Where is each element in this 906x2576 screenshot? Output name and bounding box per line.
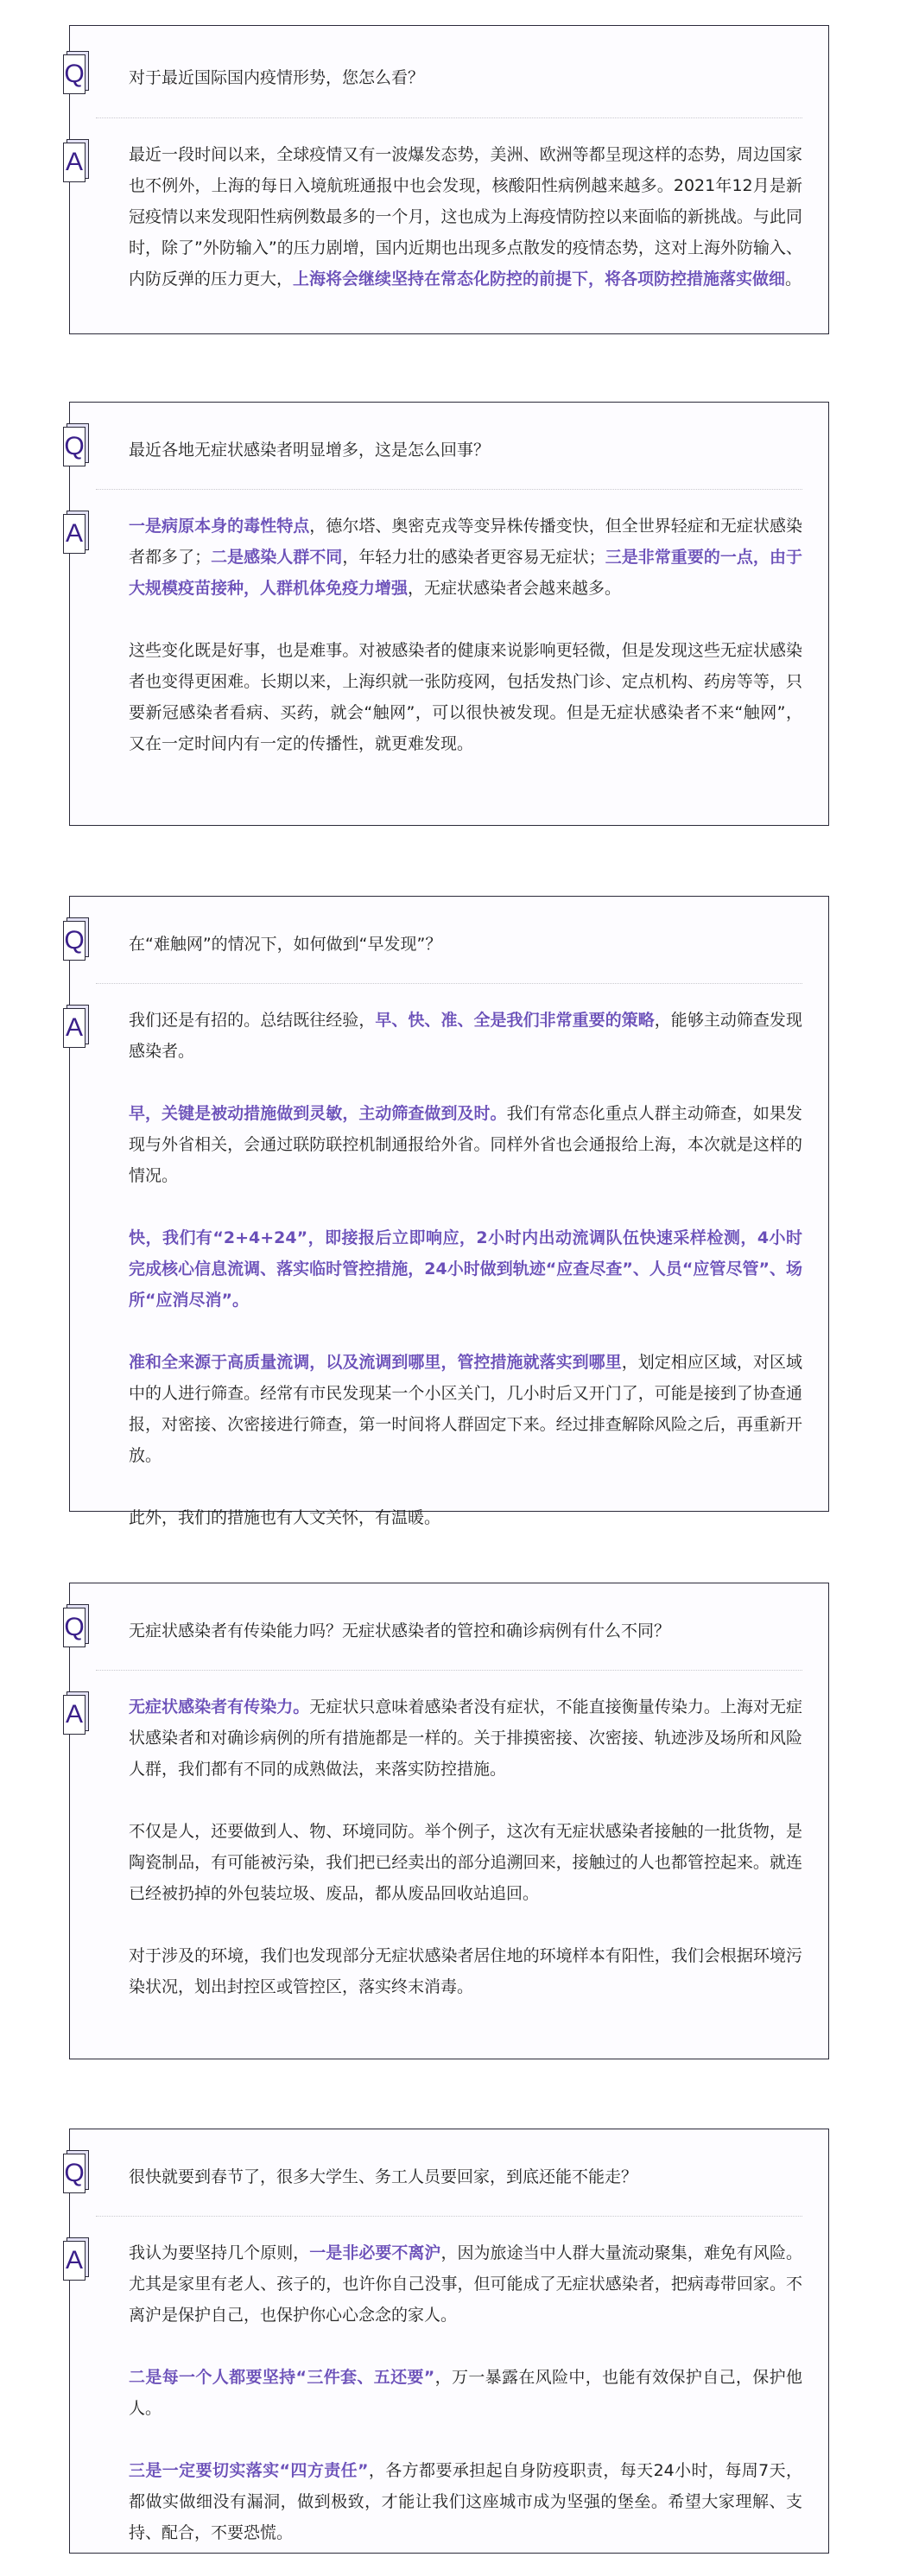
highlight-text: 上海将会继续坚持在常态化防控的前提下，将各项防控措施落实做细 [293, 270, 785, 289]
q-badge-icon: Q [63, 917, 87, 959]
question-row: Q 很快就要到春节了，很多大学生、务工人员要回家，到底还能不能走？ [70, 2150, 828, 2192]
answer-paragraph: 早，关键是被动措施做到灵敏，主动筛查做到及时。我们有常态化重点人群主动筛查，如果… [129, 1098, 802, 1191]
answer-body: 我认为要坚持几个原则，一是非必要不离沪，因为旅途当中人群大量流动聚集，难免有风险… [129, 2237, 802, 2548]
highlight-text: 二是每一个人都要坚持“三件套、五还要” [129, 2368, 434, 2387]
question-text: 无症状感染者有传染能力吗？无症状感染者的管控和确诊病例有什么不同？ [129, 1616, 670, 1646]
highlight-text: 快，我们有“2+4+24”，即接报后立即响应，2小时内出动流调队伍快速采样检测，… [129, 1228, 802, 1310]
body-text: 最近一段时间以来，全球疫情又有一波爆发态势，美洲、欧洲等都呈现这样的态势，周边国… [129, 145, 802, 289]
answer-row: A 最近一段时间以来，全球疫情又有一波爆发态势，美洲、欧洲等都呈现这样的态势，周… [70, 139, 828, 295]
answer-body: 一是病原本身的毒性特点，德尔塔、奥密克戎等变异株传播变快，但全世界轻症和无症状感… [129, 511, 802, 759]
answer-paragraph: 快，我们有“2+4+24”，即接报后立即响应，2小时内出动流调队伍快速采样检测，… [129, 1222, 802, 1316]
a-badge-icon: A [63, 1691, 87, 1733]
highlight-text: 早，关键是被动措施做到灵敏，主动筛查做到及时。 [129, 1104, 507, 1123]
dotted-divider [96, 1670, 802, 1671]
answer-row: A 一是病原本身的毒性特点，德尔塔、奥密克戎等变异株传播变快，但全世界轻症和无症… [70, 511, 828, 759]
answer-paragraph: 二是每一个人都要坚持“三件套、五还要”，万一暴露在风险中，也能有效保护自己，保护… [129, 2362, 802, 2424]
answer-paragraph: 这些变化既是好事，也是难事。对被感染者的健康来说影响更轻微，但是发现这些无症状感… [129, 635, 802, 759]
answer-row: A 我认为要坚持几个原则，一是非必要不离沪，因为旅途当中人群大量流动聚集，难免有… [70, 2237, 828, 2548]
dotted-divider [96, 2216, 802, 2217]
question-row: Q 在“难触网”的情况下，如何做到“早发现”？ [70, 917, 828, 959]
question-text: 在“难触网”的情况下，如何做到“早发现”？ [129, 930, 441, 959]
answer-paragraph: 我认为要坚持几个原则，一是非必要不离沪，因为旅途当中人群大量流动聚集，难免有风险… [129, 2237, 802, 2331]
question-row: Q 最近各地无症状感染者明显增多，这是怎么回事？ [70, 423, 828, 465]
body-text: 对于涉及的环境，我们也发现部分无症状感染者居住地的环境样本有阳性，我们会根据环境… [129, 1946, 802, 1996]
highlight-text: 早、快、准、全是我们非常重要的策略 [375, 1011, 654, 1030]
a-badge-icon: A [63, 2237, 87, 2279]
question-text: 对于最近国际国内疫情形势，您怎么看？ [129, 63, 424, 92]
answer-row: A 我们还是有招的。总结既往经验，早、快、准、全是我们非常重要的策略，能够主动筛… [70, 1005, 828, 1533]
highlight-text: 二是感染人群不同 [211, 548, 342, 567]
body-text: ，无症状感染者会越来越多。 [408, 579, 621, 598]
qa-card-5: Q 很快就要到春节了，很多大学生、务工人员要回家，到底还能不能走？ A 我认为要… [69, 2129, 829, 2554]
answer-body: 我们还是有招的。总结既往经验，早、快、准、全是我们非常重要的策略，能够主动筛查发… [129, 1005, 802, 1533]
qa-card-2: Q 最近各地无症状感染者明显增多，这是怎么回事？ A 一是病原本身的毒性特点，德… [69, 402, 829, 826]
highlight-text: 准和全来源于高质量流调，以及流调到哪里，管控措施就落实到哪里 [129, 1353, 622, 1372]
q-badge-icon: Q [63, 423, 87, 465]
dotted-divider [96, 117, 802, 118]
a-badge-icon: A [63, 1005, 87, 1046]
highlight-text: 一是病原本身的毒性特点 [129, 517, 309, 536]
highlight-text: 一是非必要不离沪 [309, 2243, 440, 2262]
dotted-divider [96, 489, 802, 490]
answer-paragraph: 准和全来源于高质量流调，以及流调到哪里，管控措施就落实到哪里，划定相应区域，对区… [129, 1347, 802, 1471]
body-text: 我认为要坚持几个原则， [129, 2243, 309, 2262]
question-row: Q 无症状感染者有传染能力吗？无症状感染者的管控和确诊病例有什么不同？ [70, 1604, 828, 1646]
q-badge-icon: Q [63, 2150, 87, 2192]
q-badge-icon: Q [63, 51, 87, 92]
answer-paragraph: 三是一定要切实落实“四方责任”，各方都要承担起自身防疫职责，每天24小时，每周7… [129, 2455, 802, 2548]
highlight-text: 三是一定要切实落实“四方责任” [129, 2461, 368, 2480]
answer-paragraph: 此外，我们的措施也有人文关怀，有温暖。 [129, 1502, 802, 1533]
qa-card-4: Q 无症状感染者有传染能力吗？无症状感染者的管控和确诊病例有什么不同？ A 无症… [69, 1583, 829, 2059]
question-row: Q 对于最近国际国内疫情形势，您怎么看？ [70, 51, 828, 92]
body-text: 不仅是人，还要做到人、物、环境同防。举个例子，这次有无症状感染者接触的一批货物，… [129, 1822, 802, 1903]
q-badge-icon: Q [63, 1604, 87, 1646]
a-badge-icon: A [63, 139, 87, 181]
answer-body: 无症状感染者有传染力。无症状只意味着感染者没有症状，不能直接衡量传染力。上海对无… [129, 1691, 802, 2002]
body-text: 此外，我们的措施也有人文关怀，有温暖。 [129, 1508, 440, 1527]
body-text: ，年轻力壮的感染者更容易无症状； [342, 548, 605, 567]
dotted-divider [96, 983, 802, 984]
body-text: 这些变化既是好事，也是难事。对被感染者的健康来说影响更轻微，但是发现这些无症状感… [129, 641, 802, 753]
answer-paragraph: 无症状感染者有传染力。无症状只意味着感染者没有症状，不能直接衡量传染力。上海对无… [129, 1691, 802, 1785]
a-badge-icon: A [63, 511, 87, 552]
answer-row: A 无症状感染者有传染力。无症状只意味着感染者没有症状，不能直接衡量传染力。上海… [70, 1691, 828, 2002]
body-text: 我们还是有招的。总结既往经验， [129, 1011, 375, 1030]
answer-paragraph: 一是病原本身的毒性特点，德尔塔、奥密克戎等变异株传播变快，但全世界轻症和无症状感… [129, 511, 802, 604]
answer-paragraph: 不仅是人，还要做到人、物、环境同防。举个例子，这次有无症状感染者接触的一批货物，… [129, 1816, 802, 1909]
body-text: 。 [785, 270, 801, 289]
question-text: 最近各地无症状感染者明显增多，这是怎么回事？ [129, 435, 490, 465]
qa-card-1: Q 对于最近国际国内疫情形势，您怎么看？ A 最近一段时间以来，全球疫情又有一波… [69, 25, 829, 334]
highlight-text: 无症状感染者有传染力。 [129, 1697, 309, 1716]
answer-paragraph: 我们还是有招的。总结既往经验，早、快、准、全是我们非常重要的策略，能够主动筛查发… [129, 1005, 802, 1067]
qa-card-3: Q 在“难触网”的情况下，如何做到“早发现”？ A 我们还是有招的。总结既往经验… [69, 896, 829, 1512]
answer-paragraph: 对于涉及的环境，我们也发现部分无症状感染者居住地的环境样本有阳性，我们会根据环境… [129, 1940, 802, 2002]
answer-body: 最近一段时间以来，全球疫情又有一波爆发态势，美洲、欧洲等都呈现这样的态势，周边国… [129, 139, 802, 295]
answer-paragraph: 最近一段时间以来，全球疫情又有一波爆发态势，美洲、欧洲等都呈现这样的态势，周边国… [129, 139, 802, 295]
question-text: 很快就要到春节了，很多大学生、务工人员要回家，到底还能不能走？ [129, 2162, 637, 2192]
